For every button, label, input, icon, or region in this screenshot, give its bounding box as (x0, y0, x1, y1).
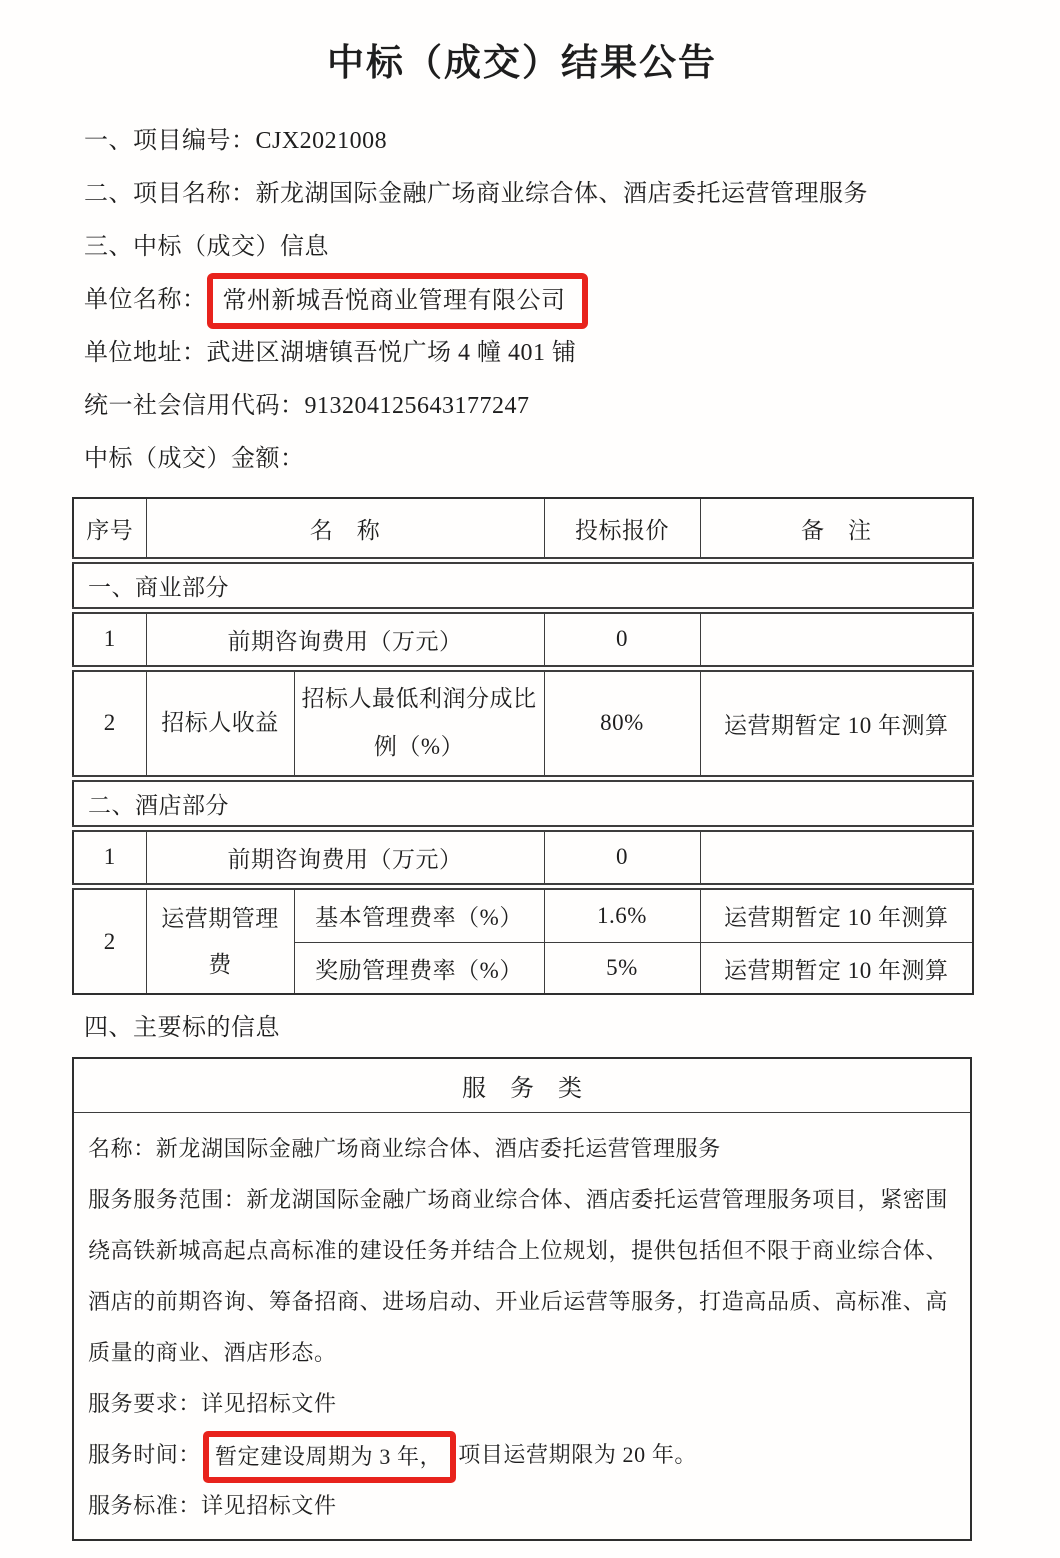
cell-note (700, 610, 973, 668)
section-row-hotel: 二、酒店部分 (73, 778, 973, 828)
service-class-header: 服 务 类 (73, 1058, 971, 1112)
project-name-label: 二、项目名称： (84, 181, 256, 207)
unit-name-value: 常州新城吾悦商业管理有限公司 (223, 288, 566, 314)
col-header-bid: 投标报价 (544, 498, 700, 560)
table2-body-row: 名称：新龙湖国际金融广场商业综合体、酒店委托运营管理服务 服务服务范围：新龙湖国… (73, 1112, 971, 1540)
unit-name-line: 单位名称：常州新城吾悦商业管理有限公司 (72, 285, 972, 315)
project-number-label: 一、项目编号： (84, 128, 256, 154)
unit-address-value: 武进区湖塘镇吾悦广场 4 幢 401 铺 (207, 340, 577, 366)
cell-note: 运营期暂定 10 年测算 (700, 942, 973, 994)
table-row-business-2: 2 招标人收益 招标人最低利润分成比例（%） 80% 运营期暂定 10 年测算 (73, 668, 973, 778)
service-time-rest: 项目运营期限为 20 年。 (458, 1442, 697, 1467)
cell-bid: 1.6% (544, 886, 700, 942)
unit-address-label: 单位地址： (84, 340, 207, 366)
col-header-seq: 序号 (73, 498, 146, 560)
service-requirement-line: 服务要求：详见招标文件 (88, 1378, 948, 1429)
cell-note (700, 828, 973, 886)
cell-name-item: 基本管理费率（%） (294, 886, 544, 942)
table-row-hotel-1: 1 前期咨询费用（万元） 0 (73, 828, 973, 886)
cell-seq: 2 (73, 886, 146, 994)
section-label-hotel: 二、酒店部分 (73, 778, 973, 828)
cell-name-group: 招标人收益 (146, 668, 294, 778)
unit-name-highlight-box: 常州新城吾悦商业管理有限公司 (207, 273, 588, 329)
award-info-heading: 三、中标（成交）信息 (72, 232, 972, 262)
subject-info-table: 服 务 类 名称：新龙湖国际金融广场商业综合体、酒店委托运营管理服务 服务服务范… (72, 1057, 972, 1541)
document-page: 中标（成交）结果公告 一、项目编号：CJX2021008 二、项目名称：新龙湖国… (0, 0, 1060, 1558)
unit-name-label: 单位名称： (84, 287, 207, 313)
cell-seq: 2 (73, 668, 146, 778)
table-row-business-1: 1 前期咨询费用（万元） 0 (73, 610, 973, 668)
cell-name: 前期咨询费用（万元） (146, 610, 544, 668)
award-amount-heading: 中标（成交）金额： (72, 444, 972, 474)
cell-name-item: 招标人最低利润分成比例（%） (294, 668, 544, 778)
section-row-business: 一、商业部分 (73, 560, 973, 610)
cell-seq: 1 (73, 828, 146, 886)
page-title: 中标（成交）结果公告 (72, 32, 972, 86)
service-time-label: 服务时间： (88, 1442, 201, 1467)
cell-note: 运营期暂定 10 年测算 (700, 886, 973, 942)
award-amount-table: 序号 名 称 投标报价 备 注 一、商业部分 1 前期咨询费用（万元） 0 2 … (72, 497, 974, 995)
service-time-highlight-text: 暂定建设周期为 3 年， (215, 1444, 442, 1469)
cell-note: 运营期暂定 10 年测算 (700, 668, 973, 778)
subject-info-heading: 四、主要标的信息 (72, 1013, 972, 1043)
col-header-note: 备 注 (700, 498, 973, 560)
cell-name: 前期咨询费用（万元） (146, 828, 544, 886)
col-header-name: 名 称 (146, 498, 544, 560)
credit-code-line: 统一社会信用代码：913204125643177247 (72, 391, 972, 421)
cell-name-item: 奖励管理费率（%） (294, 942, 544, 994)
section-label-business: 一、商业部分 (73, 560, 973, 610)
table-row-hotel-2a: 2 运营期管理费 基本管理费率（%） 1.6% 运营期暂定 10 年测算 (73, 886, 973, 942)
cell-seq: 1 (73, 610, 146, 668)
project-number-line: 一、项目编号：CJX2021008 (72, 126, 972, 156)
unit-address-line: 单位地址：武进区湖塘镇吾悦广场 4 幢 401 铺 (72, 338, 972, 368)
service-time-highlight-box: 暂定建设周期为 3 年， (203, 1431, 456, 1483)
cell-bid: 80% (544, 668, 700, 778)
cell-bid: 0 (544, 610, 700, 668)
cell-name-group: 运营期管理费 (146, 886, 294, 994)
service-standard-line: 服务标准：详见招标文件 (88, 1480, 948, 1531)
cell-bid: 0 (544, 828, 700, 886)
service-scope-line: 服务服务范围：新龙湖国际金融广场商业综合体、酒店委托运营管理服务项目，紧密围绕高… (88, 1174, 948, 1378)
project-number-value: CJX2021008 (256, 128, 388, 154)
project-name-line: 二、项目名称：新龙湖国际金融广场商业综合体、酒店委托运营管理服务 (72, 179, 972, 209)
service-name-line: 名称：新龙湖国际金融广场商业综合体、酒店委托运营管理服务 (88, 1123, 948, 1174)
project-name-value: 新龙湖国际金融广场商业综合体、酒店委托运营管理服务 (256, 181, 869, 207)
credit-code-value: 913204125643177247 (305, 393, 530, 419)
table2-header-row: 服 务 类 (73, 1058, 971, 1112)
table1-header-row: 序号 名 称 投标报价 备 注 (73, 498, 973, 560)
cell-bid: 5% (544, 942, 700, 994)
credit-code-label: 统一社会信用代码： (84, 393, 305, 419)
service-time-line: 服务时间：暂定建设周期为 3 年，项目运营期限为 20 年。 (88, 1429, 948, 1480)
